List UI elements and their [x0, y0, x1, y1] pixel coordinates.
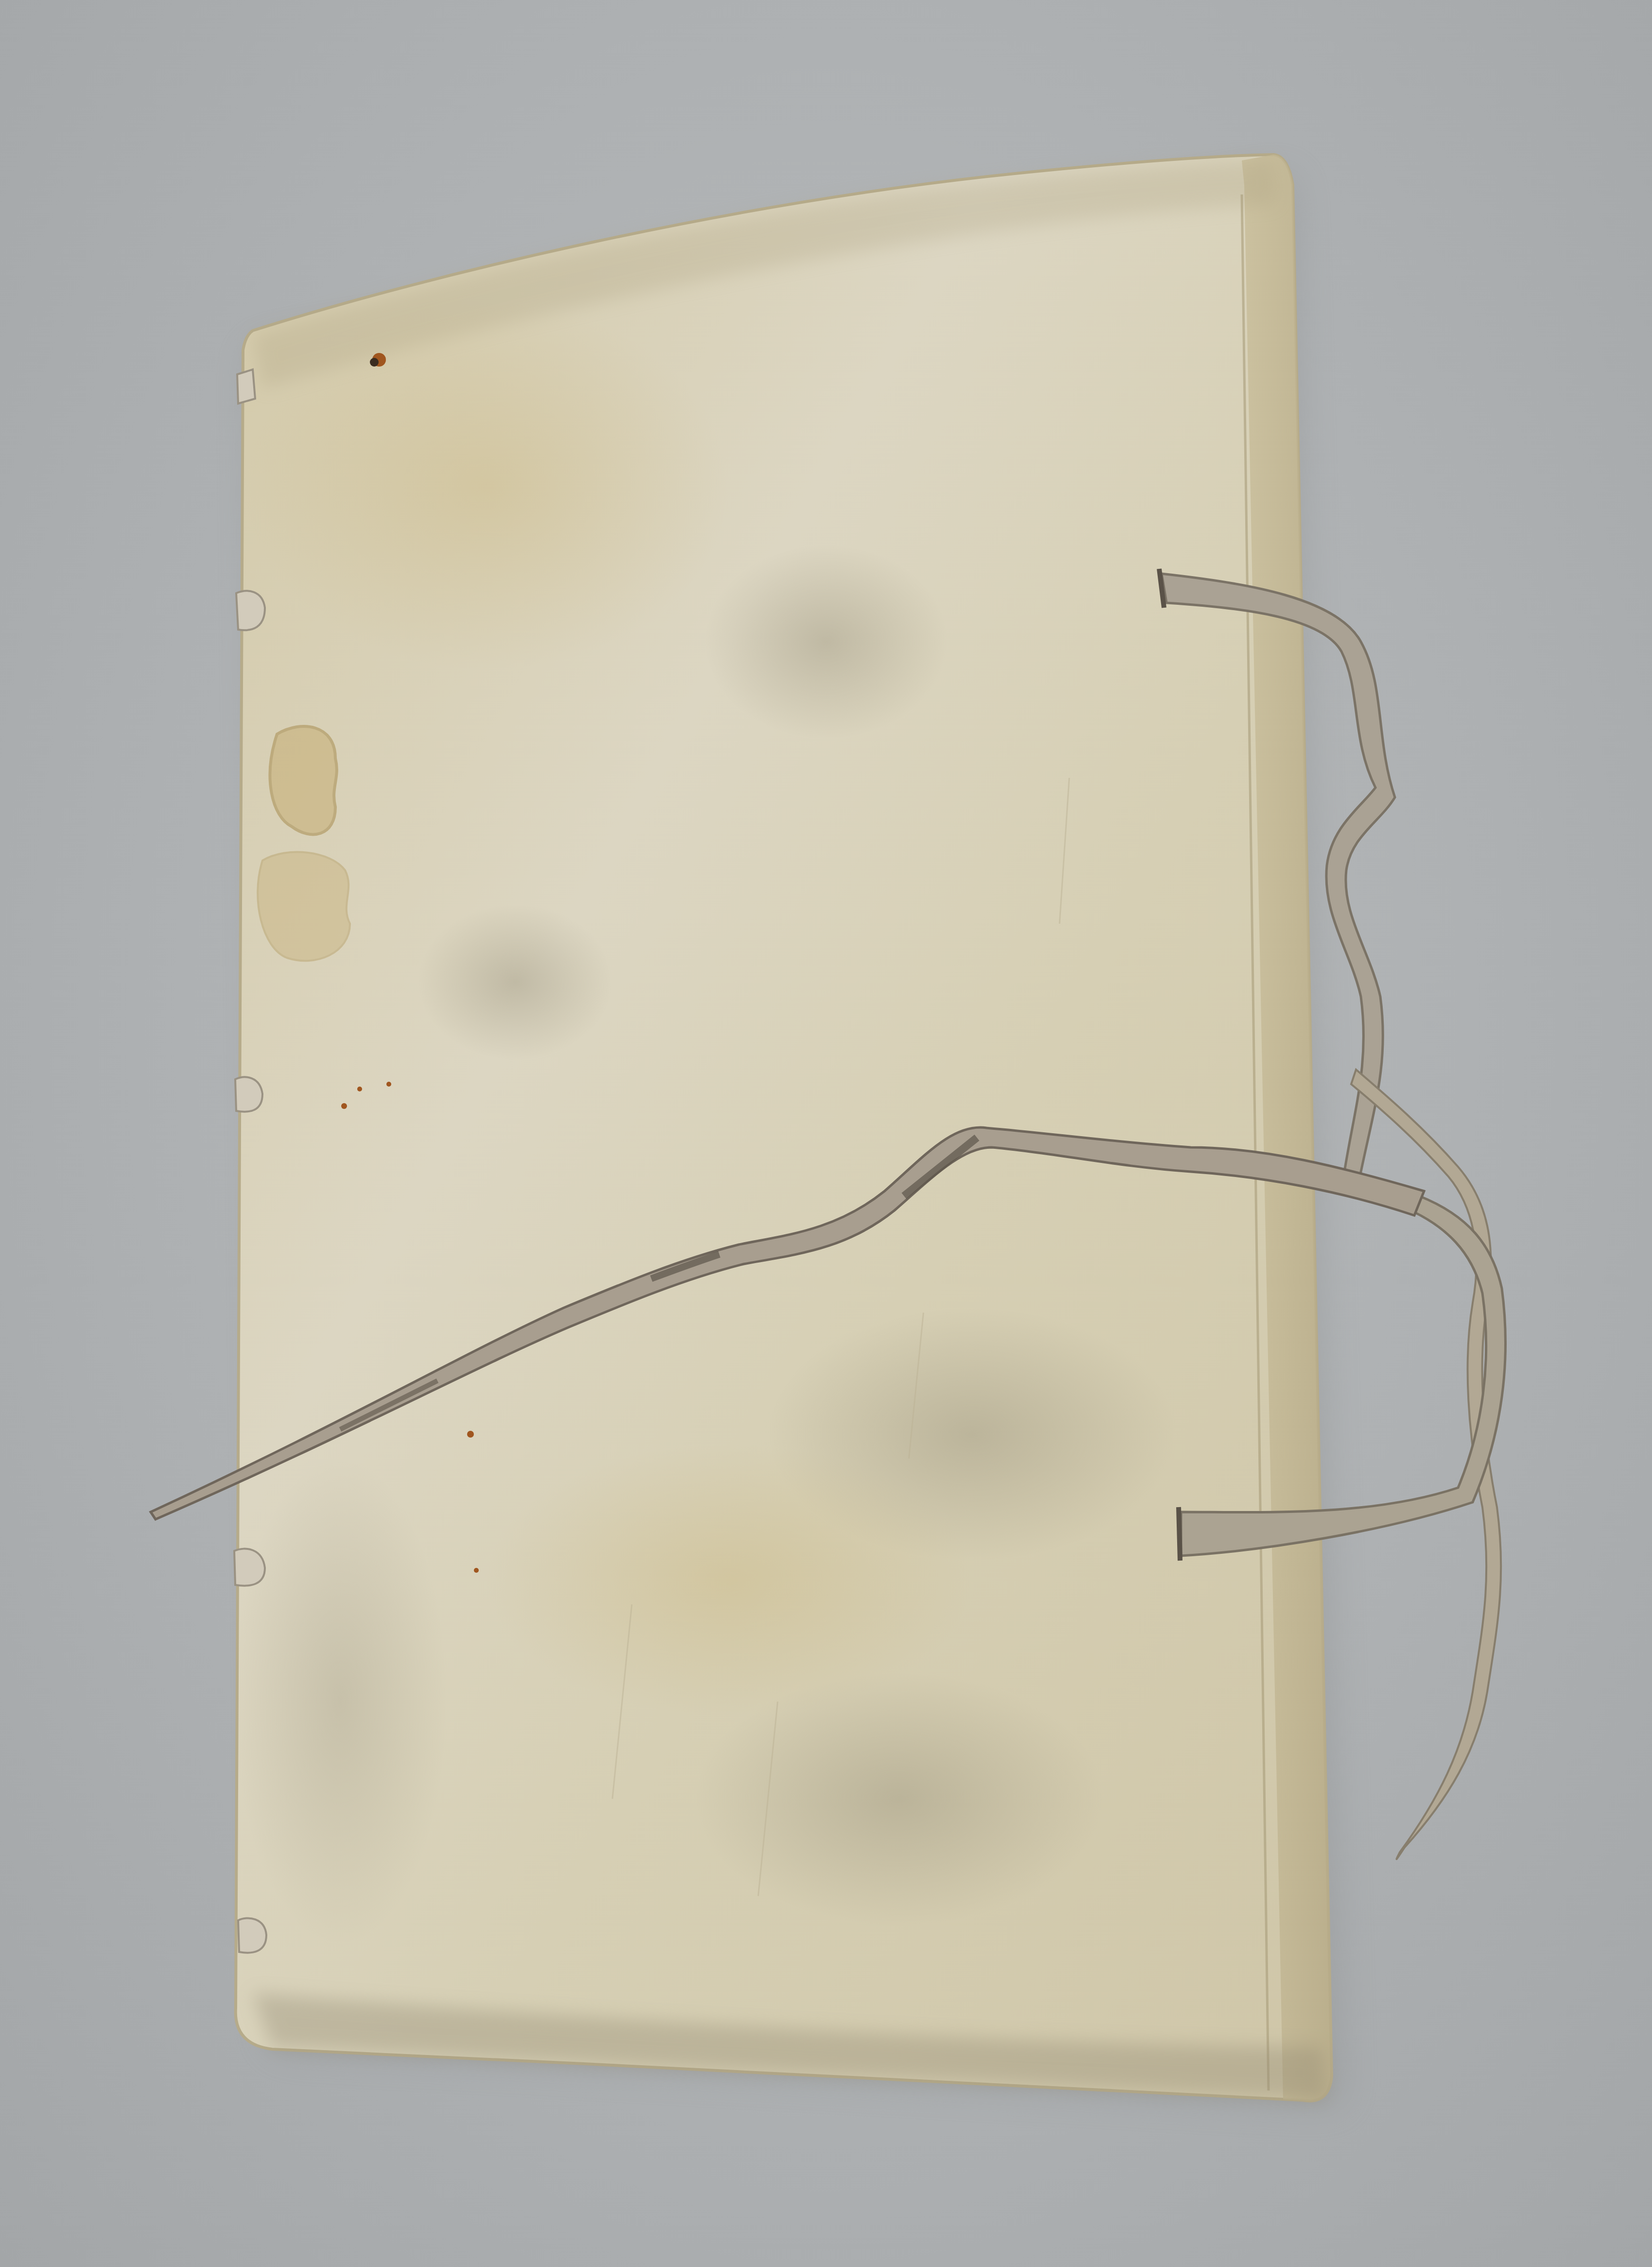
rust-spot: [341, 1103, 347, 1109]
rust-spot: [467, 1431, 474, 1438]
grime-smudge: [233, 1459, 447, 1945]
rust-spot: [474, 1568, 479, 1573]
book-photo: [0, 0, 1652, 2267]
water-stain: [258, 852, 350, 961]
grime-smudge: [695, 1672, 1103, 1925]
grime-smudge: [418, 904, 612, 1060]
rust-spot: [370, 358, 379, 367]
yellowing-patch: [243, 301, 729, 671]
photo-scene: Vellum-bound book with alum-tawed ties: [0, 0, 1652, 2267]
rust-spot: [357, 1087, 362, 1091]
grime-smudge: [705, 545, 948, 739]
rust-spot: [386, 1082, 391, 1087]
